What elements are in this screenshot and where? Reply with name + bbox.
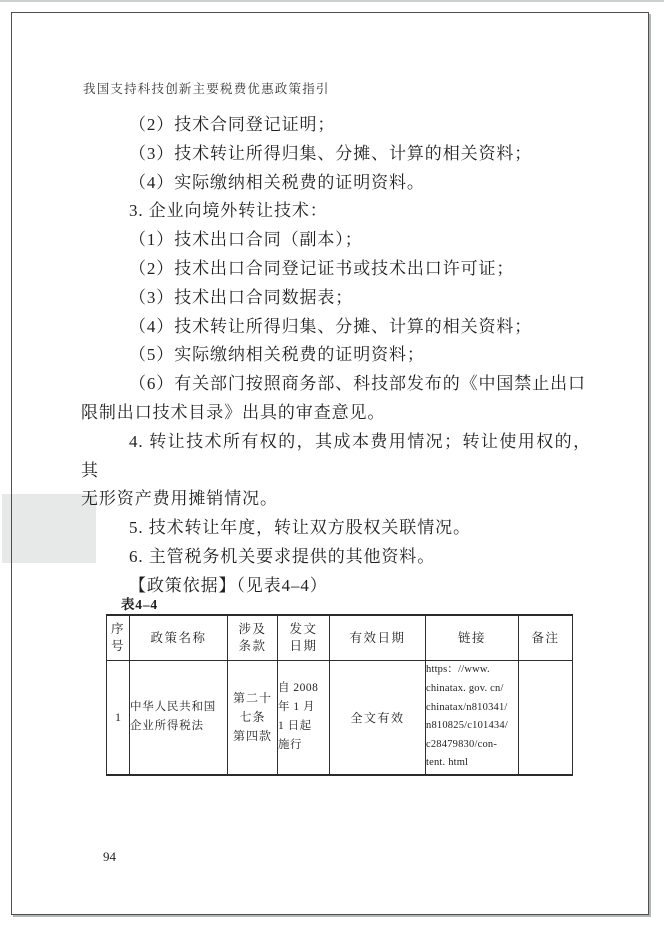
cell-note [519, 660, 573, 775]
paragraph: 5. 技术转让年度，转让双方股权关联情况。 [81, 514, 591, 543]
col-header-valid-date: 有效日期 [330, 615, 426, 660]
col-header-serial: 序 号 [107, 615, 130, 660]
paragraph: （2）技术出口合同登记证书或技术出口许可证； [81, 255, 591, 284]
policy-table: 序 号 政策名称 涉及 条款 发文 日期 有效日期 链接 备注 1 中华人民共和… [106, 614, 573, 776]
page-number: 94 [103, 849, 116, 865]
cell-valid-date: 全文有效 [330, 660, 426, 775]
paragraph: （3）技术出口合同数据表； [81, 284, 591, 313]
cell-issue-date: 自 2008 年 1 月 1 日起 施行 [278, 660, 330, 775]
paragraph: （2）技术合同登记证明； [81, 111, 591, 140]
body-text: （2）技术合同登记证明； （3）技术转让所得归集、分摊、计算的相关资料； （4）… [81, 111, 591, 601]
paragraph: （1）技术出口合同（副本）； [81, 226, 591, 255]
table-row: 1 中华人民共和国 企业所得税法 第二十 七条 第四款 自 2008 年 1 月… [107, 660, 573, 775]
paragraph: 4. 转让技术所有权的，其成本费用情况；转让使用权的，其 无形资产费用摊销情况。 [81, 428, 591, 514]
paragraph: （5）实际缴纳相关税费的证明资料； [81, 341, 591, 370]
paragraph: （4）技术转让所得归集、分摊、计算的相关资料； [81, 313, 591, 342]
cell-policy-name: 中华人民共和国 企业所得税法 [130, 660, 228, 775]
paragraph: （3）技术转让所得归集、分摊、计算的相关资料； [81, 140, 591, 169]
col-header-clauses: 涉及 条款 [228, 615, 278, 660]
paragraph: 3. 企业向境外转让技术： [81, 197, 591, 226]
cell-clauses: 第二十 七条 第四款 [228, 660, 278, 775]
cell-serial: 1 [107, 660, 130, 775]
document-page: 我国支持科技创新主要税费优惠政策指引 （2）技术合同登记证明； （3）技术转让所… [0, 0, 664, 929]
paragraph: （6）有关部门按照商务部、科技部发布的《中国禁止出口 限制出口技术目录》出具的审… [81, 370, 591, 428]
col-header-link: 链接 [426, 615, 519, 660]
paragraph: （4）实际缴纳相关税费的证明资料。 [81, 169, 591, 198]
paragraph: 6. 主管税务机关要求提供的其他资料。 [81, 543, 591, 572]
col-header-policy-name: 政策名称 [130, 615, 228, 660]
col-header-issue-date: 发文 日期 [278, 615, 330, 660]
col-header-note: 备注 [519, 615, 573, 660]
table-title: 表4–4 [121, 593, 158, 613]
running-header: 我国支持科技创新主要税费优惠政策指引 [83, 79, 330, 97]
table-header-row: 序 号 政策名称 涉及 条款 发文 日期 有效日期 链接 备注 [107, 615, 573, 660]
cell-link-url: https：//www. chinatax. gov. cn/ chinatax… [426, 660, 519, 775]
page-edge-line [0, 0, 664, 2]
